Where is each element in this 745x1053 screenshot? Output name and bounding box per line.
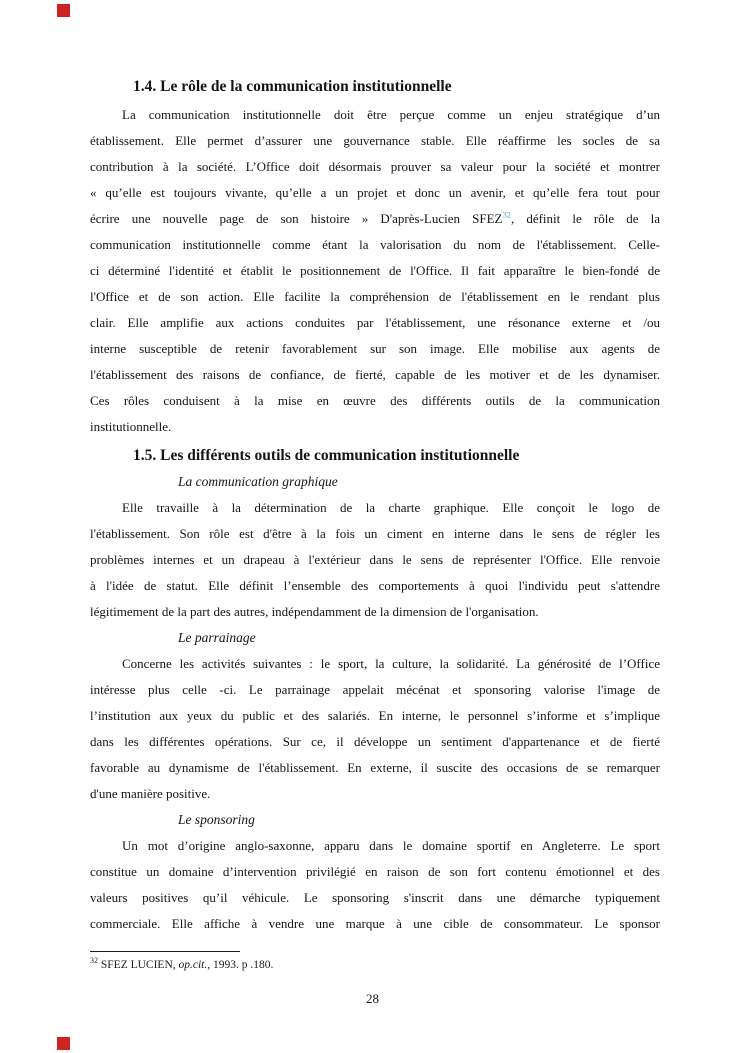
text-line: « qu’elle est toujours vivante, qu’elle … (90, 180, 660, 206)
text-line: écrire une nouvelle page de son histoire… (90, 206, 660, 232)
text-segment: écrire une nouvelle page de son histoire… (90, 211, 502, 226)
text-line: communication institutionnelle comme éta… (90, 232, 660, 258)
text-line: clair. Elle amplifie aux actions conduit… (90, 310, 660, 336)
document-page: 1.4. Le rôle de la communication institu… (0, 0, 745, 1053)
section-heading-1-5: 1.5. Les différents outils de communicat… (133, 445, 660, 467)
text-line: d'une manière positive. (90, 781, 660, 807)
text-line: intéresse plus celle -ci. Le parrainage … (90, 677, 660, 703)
text-line: ci déterminé l'identité et établit le po… (90, 258, 660, 284)
italic-text: op.cit., (179, 959, 211, 971)
text-line: Un mot d’origine anglo-saxonne, apparu d… (90, 833, 660, 859)
paragraph-communication-graphique: Elle travaille à la détermination de la … (90, 495, 660, 625)
text-line: institutionnelle. (90, 414, 660, 440)
footnote-ref-32[interactable]: 32 (502, 210, 511, 220)
subheading-parrainage: Le parrainage (178, 625, 660, 651)
paragraph-role: La communication institutionnelle doit ê… (90, 102, 660, 440)
red-marker-top (57, 4, 70, 17)
footnote-32: 32 SFEZ LUCIEN, op.cit., 1993. p .180. (90, 957, 660, 974)
section-heading-1-4: 1.4. Le rôle de la communication institu… (133, 76, 660, 98)
text-line: l'établissement des raisons de confiance… (90, 362, 660, 388)
text-line: interne susceptible de retenir favorable… (90, 336, 660, 362)
paragraph-parrainage: Concerne les activités suivantes : le sp… (90, 651, 660, 807)
text-line: à l'idée de statut. Elle définit l’ensem… (90, 573, 660, 599)
text-line: Elle travaille à la détermination de la … (90, 495, 660, 521)
subheading-sponsoring: Le sponsoring (178, 807, 660, 833)
text-line: Concerne les activités suivantes : le sp… (90, 651, 660, 677)
paragraph-sponsoring: Un mot d’origine anglo-saxonne, apparu d… (90, 833, 660, 937)
text-line: constitue un domaine d’intervention priv… (90, 859, 660, 885)
text-segment: SFEZ LUCIEN, (98, 959, 179, 971)
text-line: Ces rôles conduisent à la mise en œuvre … (90, 388, 660, 414)
text-line: l'Office et de son action. Elle facilite… (90, 284, 660, 310)
text-line: l’institution aux yeux du public et des … (90, 703, 660, 729)
text-line: commerciale. Elle affiche à vendre une m… (90, 911, 660, 937)
text-line: contribution à la société. L’Office doit… (90, 154, 660, 180)
text-line: La communication institutionnelle doit ê… (90, 102, 660, 128)
text-segment: 1993. p .180. (210, 959, 273, 971)
footnote-number: 32 (90, 956, 98, 965)
text-line: l'établissement. Son rôle est d'être à l… (90, 521, 660, 547)
text-line: favorable au dynamisme de l'établissemen… (90, 755, 660, 781)
subheading-communication-graphique: La communication graphique (178, 469, 660, 495)
text-line: dans les différentes opérations. Sur ce,… (90, 729, 660, 755)
text-line: valeurs positives qu’il véhicule. Le spo… (90, 885, 660, 911)
page-number: 28 (0, 991, 745, 1007)
text-line: établissement. Elle permet d’assurer une… (90, 128, 660, 154)
document-body: 1.4. Le rôle de la communication institu… (90, 0, 660, 974)
footnote-separator (90, 951, 240, 952)
text-line: légitimement de la part des autres, indé… (90, 599, 660, 625)
text-line: problèmes internes et un drapeau à l'ext… (90, 547, 660, 573)
text-segment: , définit le rôle de la (511, 211, 660, 226)
red-marker-bottom (57, 1037, 70, 1050)
